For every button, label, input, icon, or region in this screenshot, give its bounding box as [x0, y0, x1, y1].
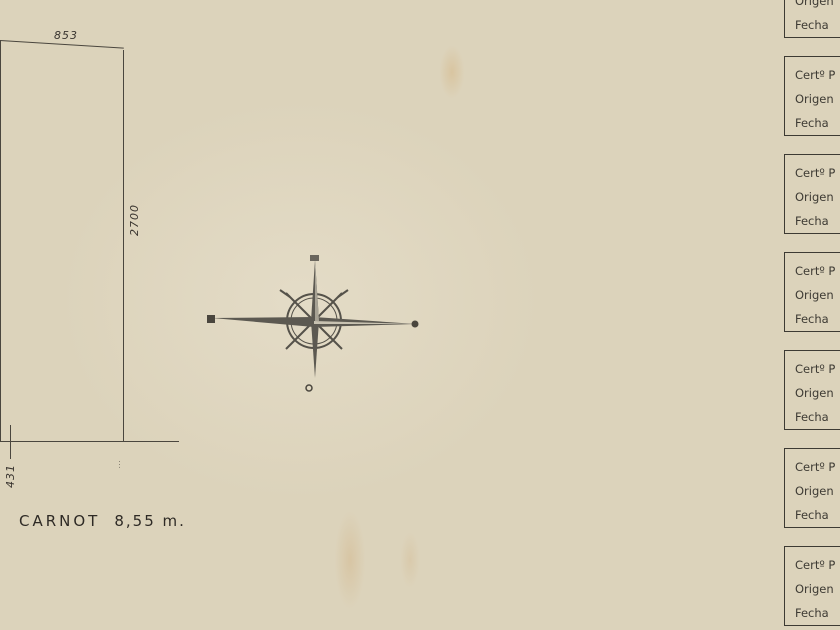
cert-label: Certº P [795, 460, 835, 474]
street-name: CARNOT [19, 512, 100, 530]
certificate-box-clipped: Origen Fecha [784, 0, 840, 38]
fecha-label: Fecha [795, 606, 829, 620]
street-width: 8,55 m. [114, 512, 186, 530]
cert-label: Certº P [795, 264, 835, 278]
dimension-mark: ... [115, 459, 122, 468]
certificate-box: Certº P Origen Fecha [784, 448, 840, 528]
certificate-box: Certº P Origen Fecha [784, 154, 840, 234]
certificate-box: Certº P Origen Fecha [784, 252, 840, 332]
compass-rose-icon [200, 250, 430, 400]
lot-left-edge [0, 40, 1, 442]
cert-label: Certº P [795, 68, 835, 82]
cert-label: Certº P [795, 558, 835, 572]
fecha-label: Fecha [795, 410, 829, 424]
fecha-label: Fecha [795, 214, 829, 228]
certificate-box: Certº P Origen Fecha [784, 546, 840, 626]
origen-label: Origen [795, 484, 834, 498]
dimension-side: 2700 [128, 204, 141, 236]
cert-label: Certº P [795, 362, 835, 376]
fecha-label: Fecha [795, 18, 829, 32]
fecha-label: Fecha [795, 116, 829, 130]
dimension-left-offset: 431 [4, 464, 17, 488]
fecha-label: Fecha [795, 508, 829, 522]
origen-label: Origen [795, 190, 834, 204]
lot-right-edge [123, 50, 124, 442]
street-label: CARNOT8,55 m. [19, 512, 186, 530]
origen-label: Origen [795, 386, 834, 400]
certificate-box: Certº P Origen Fecha [784, 56, 840, 136]
street-line [0, 441, 179, 442]
fecha-label: Fecha [795, 312, 829, 326]
origen-label: Origen [795, 0, 834, 8]
certificate-box: Certº P Origen Fecha [784, 350, 840, 430]
origen-label: Origen [795, 92, 834, 106]
cert-label: Certº P [795, 166, 835, 180]
origen-label: Origen [795, 582, 834, 596]
offset-tick [10, 425, 11, 459]
dimension-front: 853 [54, 29, 78, 42]
origen-label: Origen [795, 288, 834, 302]
